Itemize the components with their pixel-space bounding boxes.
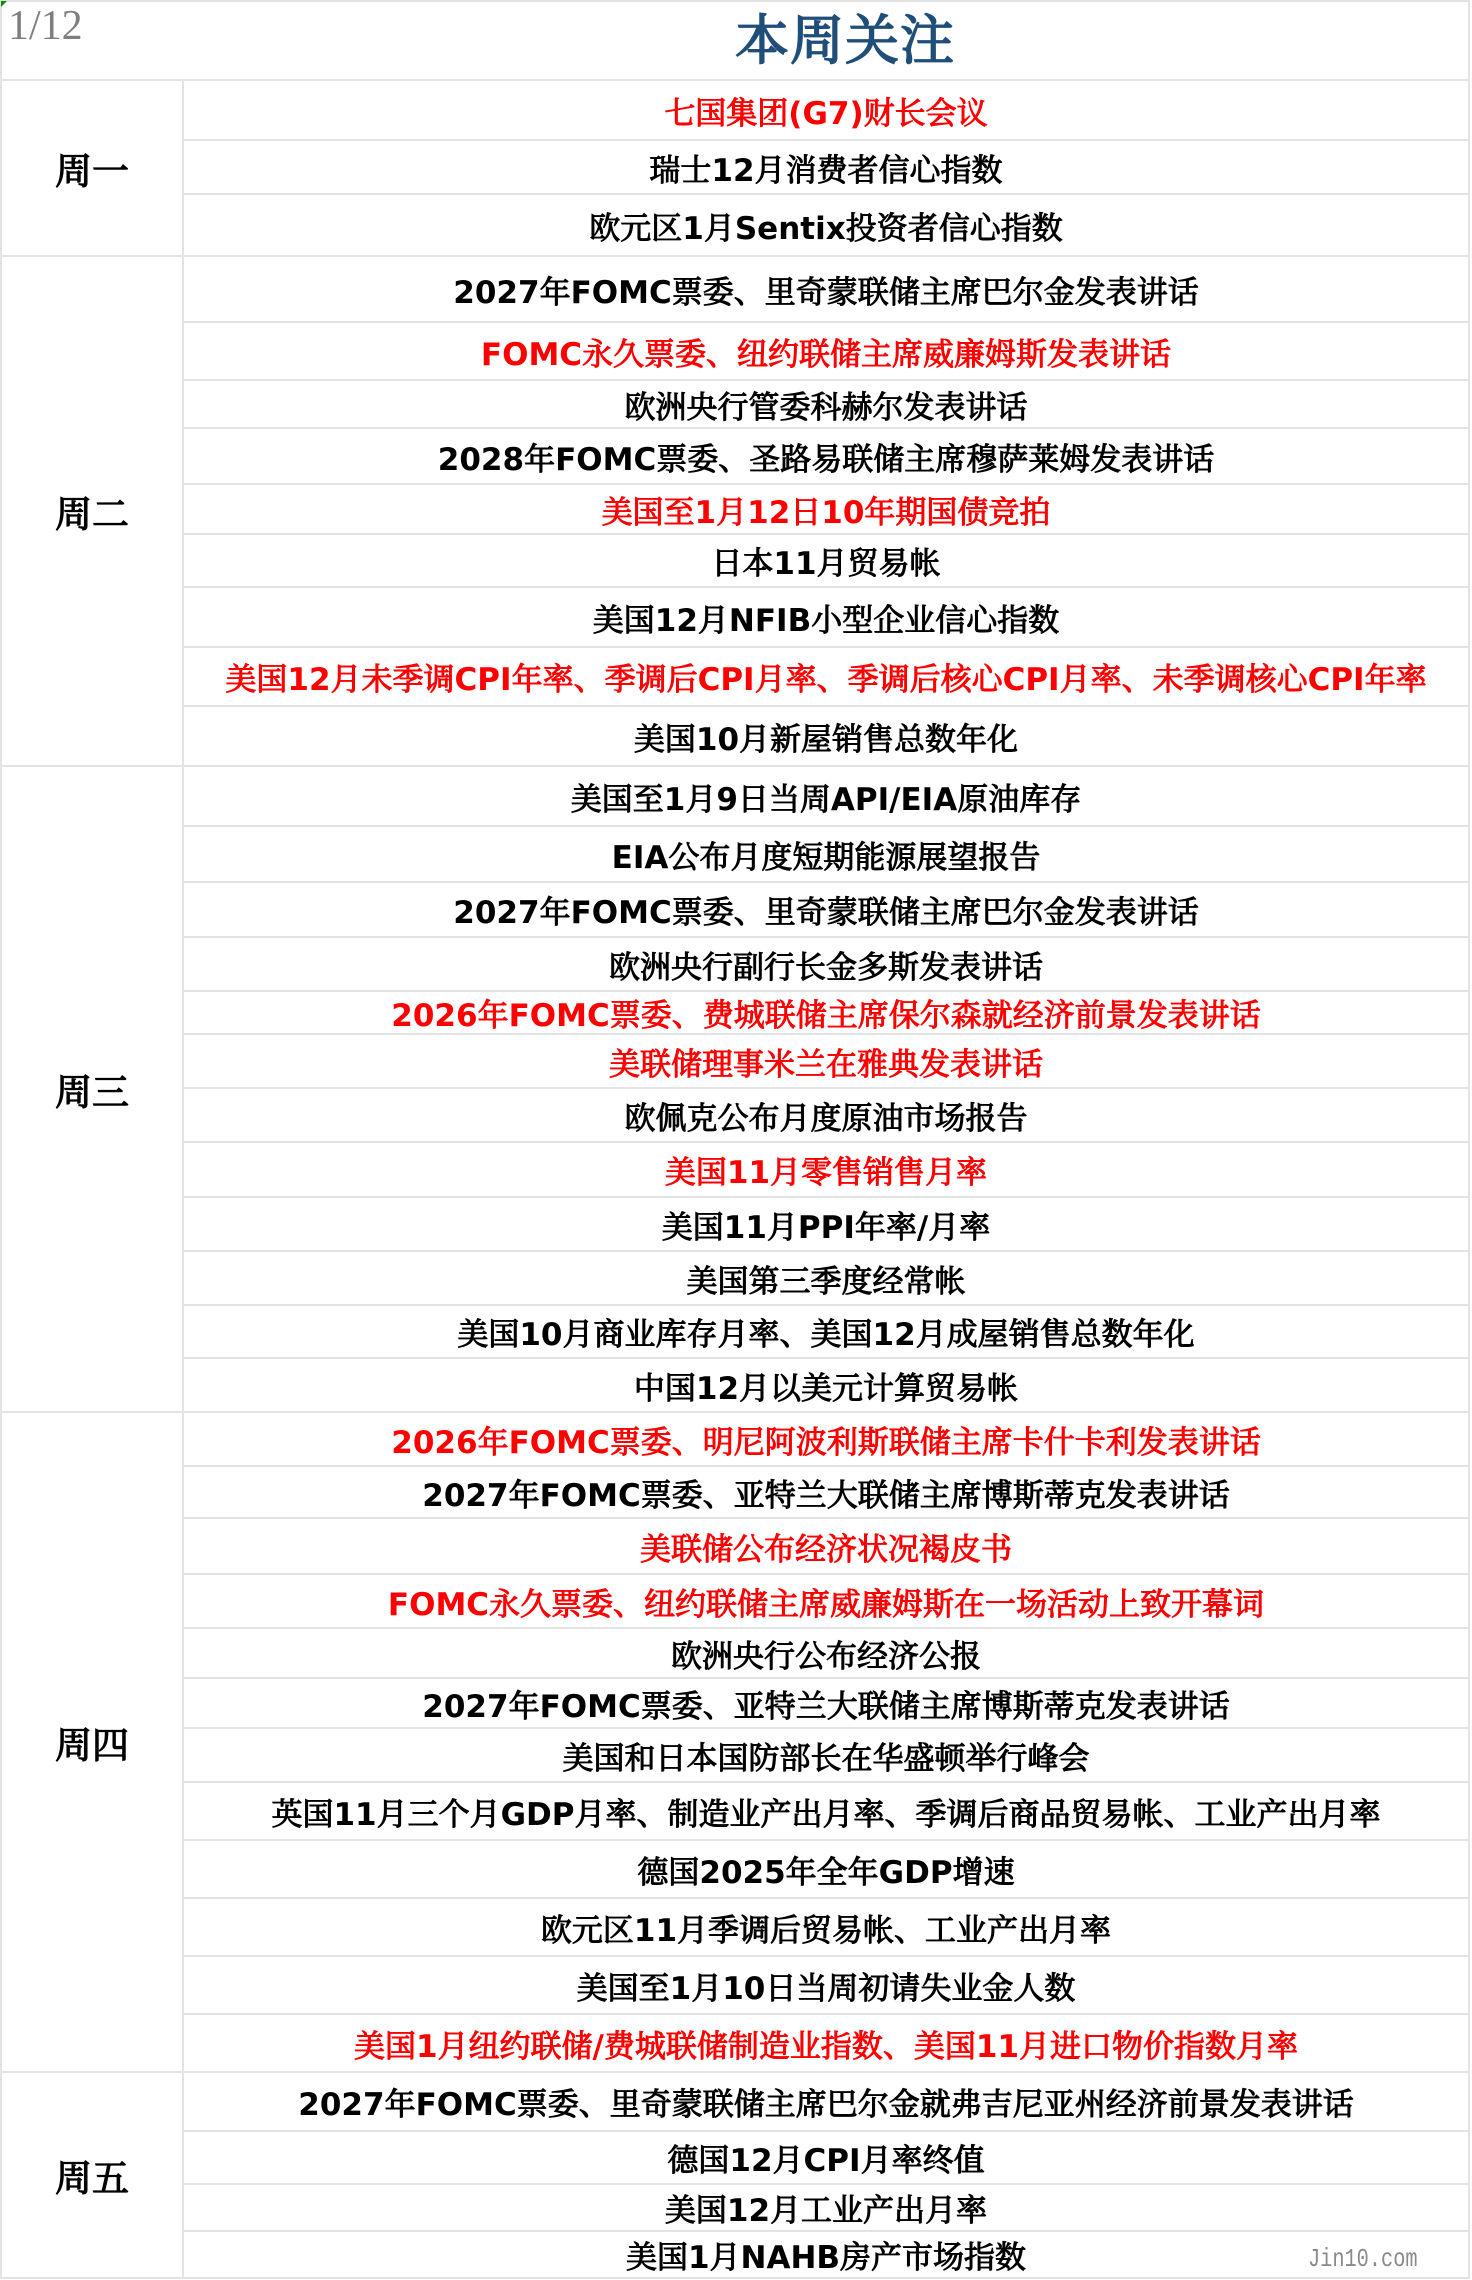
event-row: 美国12月NFIB小型企业信心指数 — [184, 588, 1468, 648]
day-group-tuesday: 周二 2027年FOMC票委、里奇蒙联储主席巴尔金发表讲话 FOMC永久票委、纽… — [2, 257, 1468, 767]
event-row: 欧佩克公布月度原油市场报告 — [184, 1089, 1468, 1143]
event-row: 2026年FOMC票委、明尼阿波利斯联储主席卡什卡利发表讲话 — [184, 1413, 1468, 1467]
event-row: 美国至1月12日10年期国债竞拍 — [184, 485, 1468, 535]
event-row: 七国集团(G7)财长会议 — [184, 81, 1468, 141]
page-title: 本周关注 — [2, 2, 1468, 79]
event-row: 美国12月工业产出月率 — [184, 2185, 1468, 2232]
day-label-friday: 周五 — [2, 2073, 184, 2279]
event-row: 美国12月未季调CPI年率、季调后CPI月率、季调后核心CPI月率、未季调核心C… — [184, 648, 1468, 707]
event-row: 2027年FOMC票委、里奇蒙联储主席巴尔金发表讲话 — [184, 257, 1468, 323]
event-row: 瑞士12月消费者信心指数 — [184, 141, 1468, 195]
day-label-tuesday: 周二 — [2, 257, 184, 767]
day-group-thursday: 周四 2026年FOMC票委、明尼阿波利斯联储主席卡什卡利发表讲话 2027年F… — [2, 1413, 1468, 2073]
event-row: 美国10月新屋销售总数年化 — [184, 707, 1468, 767]
event-row: 美国至1月9日当周API/EIA原油库存 — [184, 767, 1468, 827]
event-row: 欧洲央行副行长金多斯发表讲话 — [184, 938, 1468, 992]
day-label-wednesday: 周三 — [2, 767, 184, 1413]
event-row: 美国10月商业库存月率、美国12月成屋销售总数年化 — [184, 1306, 1468, 1359]
event-row: FOMC永久票委、纽约联储主席威廉姆斯发表讲话 — [184, 323, 1468, 381]
event-row: 2027年FOMC票委、里奇蒙联储主席巴尔金发表讲话 — [184, 883, 1468, 938]
event-row: 欧洲央行管委科赫尔发表讲话 — [184, 381, 1468, 429]
event-row: 英国11月三个月GDP月率、制造业产出月率、季调后商品贸易帐、工业产出月率 — [184, 1783, 1468, 1841]
weekly-focus-table: 1/12 本周关注 周一 七国集团(G7)财长会议 瑞士12月消费者信心指数 欧… — [0, 0, 1470, 2279]
event-row: 2027年FOMC票委、里奇蒙联储主席巴尔金就弗吉尼亚州经济前景发表讲话 — [184, 2073, 1468, 2132]
event-row: 2026年FOMC票委、费城联储主席保尔森就经济前景发表讲话 — [184, 992, 1468, 1035]
day-group-monday: 周一 七国集团(G7)财长会议 瑞士12月消费者信心指数 欧元区1月Sentix… — [2, 81, 1468, 257]
event-row: 德国2025年全年GDP增速 — [184, 1841, 1468, 1899]
event-row: 美国和日本国防部长在华盛顿举行峰会 — [184, 1729, 1468, 1783]
day-group-friday: 周五 2027年FOMC票委、里奇蒙联储主席巴尔金就弗吉尼亚州经济前景发表讲话 … — [2, 2073, 1468, 2279]
day-label-thursday: 周四 — [2, 1413, 184, 2073]
event-row: 2027年FOMC票委、亚特兰大联储主席博斯蒂克发表讲话 — [184, 1467, 1468, 1519]
event-row: 美国1月纽约联储/费城联储制造业指数、美国11月进口物价指数月率 — [184, 2015, 1468, 2073]
event-row: 美国11月零售销售月率 — [184, 1143, 1468, 1198]
day-group-wednesday: 周三 美国至1月9日当周API/EIA原油库存 EIA公布月度短期能源展望报告 … — [2, 767, 1468, 1413]
event-list-friday: 2027年FOMC票委、里奇蒙联储主席巴尔金就弗吉尼亚州经济前景发表讲话 德国1… — [184, 2073, 1468, 2279]
event-row: 德国12月CPI月率终值 — [184, 2132, 1468, 2185]
event-row: 美国第三季度经常帐 — [184, 1252, 1468, 1306]
event-list-thursday: 2026年FOMC票委、明尼阿波利斯联储主席卡什卡利发表讲话 2027年FOMC… — [184, 1413, 1468, 2073]
event-row: 2027年FOMC票委、亚特兰大联储主席博斯蒂克发表讲话 — [184, 1679, 1468, 1729]
event-row: 中国12月以美元计算贸易帐 — [184, 1359, 1468, 1413]
event-row: 美联储公布经济状况褐皮书 — [184, 1519, 1468, 1575]
event-row: EIA公布月度短期能源展望报告 — [184, 827, 1468, 883]
event-row: 美国11月PPI年率/月率 — [184, 1198, 1468, 1252]
event-list-monday: 七国集团(G7)财长会议 瑞士12月消费者信心指数 欧元区1月Sentix投资者… — [184, 81, 1468, 257]
event-row: 日本11月贸易帐 — [184, 535, 1468, 588]
event-list-wednesday: 美国至1月9日当周API/EIA原油库存 EIA公布月度短期能源展望报告 202… — [184, 767, 1468, 1413]
event-row: 2028年FOMC票委、圣路易联储主席穆萨莱姆发表讲话 — [184, 429, 1468, 485]
event-row: 美联储理事米兰在雅典发表讲话 — [184, 1035, 1468, 1089]
day-label-monday: 周一 — [2, 81, 184, 257]
page-indicator: 1/12 — [8, 5, 83, 47]
comment-indicator-icon — [1, 1, 7, 7]
event-row: 美国至1月10日当周初请失业金人数 — [184, 1957, 1468, 2015]
watermark-logo: Jin10.com — [1308, 2246, 1418, 2272]
event-list-tuesday: 2027年FOMC票委、里奇蒙联储主席巴尔金发表讲话 FOMC永久票委、纽约联储… — [184, 257, 1468, 767]
event-row: 欧洲央行公布经济公报 — [184, 1629, 1468, 1679]
event-row: 欧元区11月季调后贸易帐、工业产出月率 — [184, 1899, 1468, 1957]
event-row: 美国1月NAHB房产市场指数 — [184, 2232, 1468, 2279]
event-row: 欧元区1月Sentix投资者信心指数 — [184, 195, 1468, 257]
header-row: 1/12 本周关注 — [2, 2, 1468, 81]
event-row: FOMC永久票委、纽约联储主席威廉姆斯在一场活动上致开幕词 — [184, 1575, 1468, 1629]
